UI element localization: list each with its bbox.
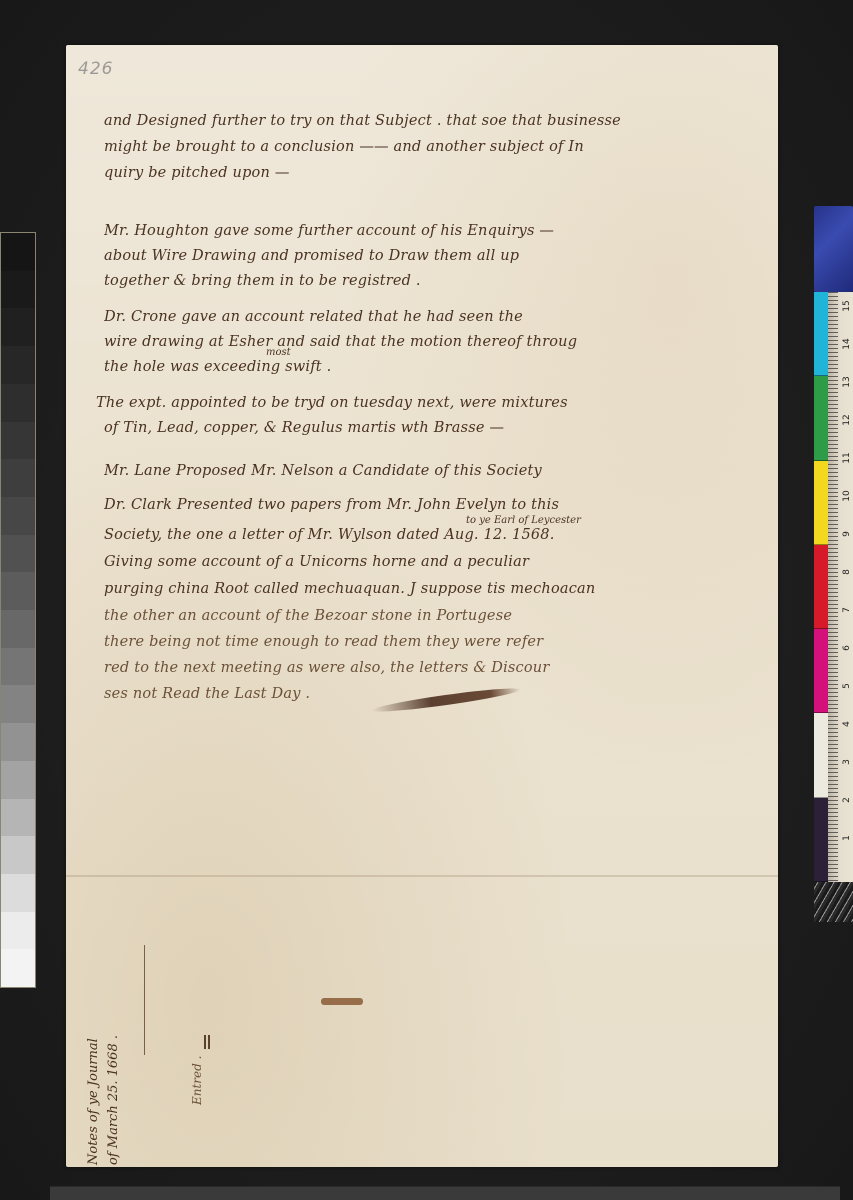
- ruler-number: 10: [841, 490, 853, 502]
- ruler-number: 2: [841, 794, 853, 806]
- manuscript-line: the other an account of the Bezoar stone…: [104, 608, 760, 624]
- ruler-number: 3: [841, 756, 853, 768]
- gray-step: [1, 346, 35, 384]
- gray-step: [1, 308, 35, 346]
- manuscript-line: and Designed further to try on that Subj…: [104, 113, 760, 129]
- gray-step: [1, 874, 35, 912]
- color-patch-magenta: [814, 629, 828, 713]
- endorsement-line: of March 25. 1668 .: [104, 1035, 124, 1165]
- blue-swatch: [814, 206, 853, 292]
- ruler-number: 5: [841, 680, 853, 692]
- color-patch-black-purple: [814, 798, 828, 882]
- endorsement-line: Notes of ye Journal: [84, 1035, 104, 1165]
- manuscript-line: quiry be pitched upon —: [104, 165, 760, 181]
- gray-step: [1, 949, 35, 987]
- ruler-number: 12: [841, 414, 853, 426]
- gray-step: [1, 761, 35, 799]
- ruler-number: 9: [841, 528, 853, 540]
- ruler-number: 11: [841, 452, 853, 464]
- ruler-number: 1: [841, 832, 853, 844]
- manuscript-line: Dr. Clark Presented two papers from Mr. …: [104, 497, 760, 513]
- manuscript-line: wire drawing at Esher and said that the …: [104, 334, 760, 350]
- manuscript-line: Society, the one a letter of Mr. Wylson …: [104, 527, 760, 543]
- interlinear-insertion: most: [266, 347, 291, 358]
- gray-step: [1, 610, 35, 648]
- ruler-number: 14: [841, 338, 853, 350]
- manuscript-line: together & bring them in to be registred…: [104, 273, 760, 289]
- color-patch-red: [814, 545, 828, 629]
- gray-step: [1, 497, 35, 535]
- gray-step: [1, 572, 35, 610]
- manuscript-line: about Wire Drawing and promised to Draw …: [104, 248, 760, 264]
- color-patch-green: [814, 376, 828, 460]
- endorsement-note: Notes of ye Journal of March 25. 1668 .: [84, 1035, 124, 1165]
- endorsement-rule: [144, 945, 145, 1055]
- color-patches: [814, 292, 828, 882]
- manuscript-line: the hole was exceeding swift .: [104, 359, 760, 375]
- centimeter-ruler: 151413121110987654321: [828, 292, 853, 882]
- color-patch-white: [814, 713, 828, 797]
- manuscript-line: Mr. Lane Proposed Mr. Nelson a Candidate…: [104, 463, 760, 479]
- interlinear-insertion: to ye Earl of Leycester: [466, 515, 581, 526]
- manuscript-line: there being not time enough to read them…: [104, 634, 760, 650]
- manuscript-line: of Tin, Lead, copper, & Regulus martis w…: [104, 420, 760, 436]
- gray-step: [1, 384, 35, 422]
- scan-bottom-edge: [50, 1186, 840, 1200]
- manuscript-line: The expt. appointed to be tryd on tuesda…: [96, 395, 760, 411]
- double-stroke-mark: [204, 1035, 210, 1049]
- gray-step: [1, 233, 35, 271]
- gray-step: [1, 422, 35, 460]
- color-patch-yellow: [814, 461, 828, 545]
- ruler-ticks: [828, 292, 838, 882]
- manuscript-line: Dr. Crone gave an account related that h…: [104, 309, 760, 325]
- entred-note: Entred .: [190, 1056, 204, 1105]
- gray-step: [1, 723, 35, 761]
- manuscript-line: purging china Root called mechuaquan. J …: [104, 581, 760, 597]
- ruler-number: 15: [841, 300, 853, 312]
- gray-step: [1, 648, 35, 686]
- manuscript-line: red to the next meeting as were also, th…: [104, 660, 760, 676]
- gray-step: [1, 685, 35, 723]
- gray-step: [1, 271, 35, 309]
- manuscript-line: might be brought to a conclusion —— and …: [104, 139, 760, 155]
- ruler-number: 13: [841, 376, 853, 388]
- ruler-number: 4: [841, 718, 853, 730]
- texture-swatch: [814, 882, 853, 922]
- manuscript-page: 426 and Designed further to try on that …: [66, 45, 778, 1167]
- gray-step: [1, 912, 35, 950]
- gray-step: [1, 836, 35, 874]
- gray-step: [1, 459, 35, 497]
- ruler-number: 7: [841, 604, 853, 616]
- gray-step: [1, 799, 35, 837]
- grayscale-step-wedge: [0, 232, 36, 988]
- ruler-number: 6: [841, 642, 853, 654]
- manuscript-line: Mr. Houghton gave some further account o…: [104, 223, 760, 239]
- manuscript-line: Giving some account of a Unicorns horne …: [104, 554, 760, 570]
- gray-step: [1, 535, 35, 573]
- ink-blot: [321, 998, 363, 1005]
- folio-number: 426: [78, 59, 113, 79]
- color-calibration-strip: 151413121110987654321: [814, 206, 853, 890]
- color-patch-cyan: [814, 292, 828, 376]
- ruler-number: 8: [841, 566, 853, 578]
